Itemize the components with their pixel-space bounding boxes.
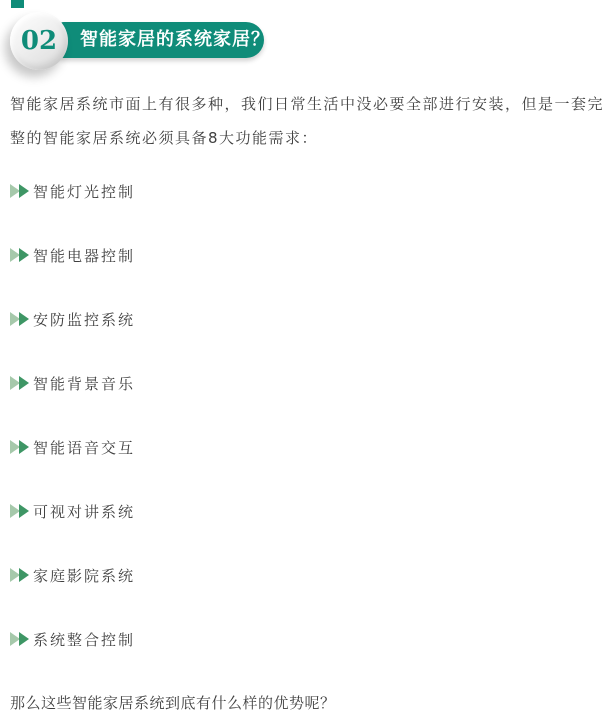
intro-paragraph: 智能家居系统市面上有很多种，我们日常生活中没必要全部进行安装，但是一套完整的智能… (10, 87, 604, 155)
double-arrow-icon (10, 440, 29, 454)
section-title-banner: 智能家居的系统家居？ (56, 22, 264, 58)
double-arrow-icon (10, 504, 29, 518)
article-page: 智能家居的系统家居？ 02 智能家居系统市面上有很多种，我们日常生活中没必要全部… (0, 0, 614, 728)
closing-paragraph: 那么这些智能家居系统到底有什么样的优势呢？ (10, 693, 604, 713)
feature-label: 智能语音交互 (33, 437, 135, 458)
feature-label: 安防监控系统 (33, 309, 135, 330)
double-arrow-icon (10, 568, 29, 582)
arrow-dark-icon (19, 248, 29, 262)
feature-item: 智能电器控制 (10, 245, 604, 265)
feature-item: 智能语音交互 (10, 437, 604, 457)
double-arrow-icon (10, 248, 29, 262)
feature-label: 智能背景音乐 (33, 373, 135, 394)
feature-item: 智能灯光控制 (10, 181, 604, 201)
feature-label: 智能灯光控制 (33, 181, 135, 202)
top-accent-square (11, 0, 24, 8)
arrow-dark-icon (19, 440, 29, 454)
feature-label: 可视对讲系统 (33, 501, 135, 522)
feature-label: 家庭影院系统 (33, 565, 135, 586)
feature-item: 安防监控系统 (10, 309, 604, 329)
arrow-dark-icon (19, 504, 29, 518)
feature-item: 系统整合控制 (10, 629, 604, 649)
arrow-dark-icon (19, 184, 29, 198)
section-number-badge: 02 (10, 12, 68, 70)
feature-item: 可视对讲系统 (10, 501, 604, 521)
double-arrow-icon (10, 184, 29, 198)
feature-item: 智能背景音乐 (10, 373, 604, 393)
arrow-dark-icon (19, 376, 29, 390)
feature-label: 系统整合控制 (33, 629, 135, 650)
feature-label: 智能电器控制 (33, 245, 135, 266)
double-arrow-icon (10, 632, 29, 646)
arrow-dark-icon (19, 632, 29, 646)
section-header: 智能家居的系统家居？ 02 (10, 0, 604, 73)
section-number: 02 (21, 26, 57, 56)
arrow-dark-icon (19, 568, 29, 582)
feature-item: 家庭影院系统 (10, 565, 604, 585)
double-arrow-icon (10, 376, 29, 390)
double-arrow-icon (10, 312, 29, 326)
feature-list: 智能灯光控制 智能电器控制 安防监控系统 智能背景音乐 智能语音交互 可视对讲系… (10, 181, 604, 649)
arrow-dark-icon (19, 312, 29, 326)
